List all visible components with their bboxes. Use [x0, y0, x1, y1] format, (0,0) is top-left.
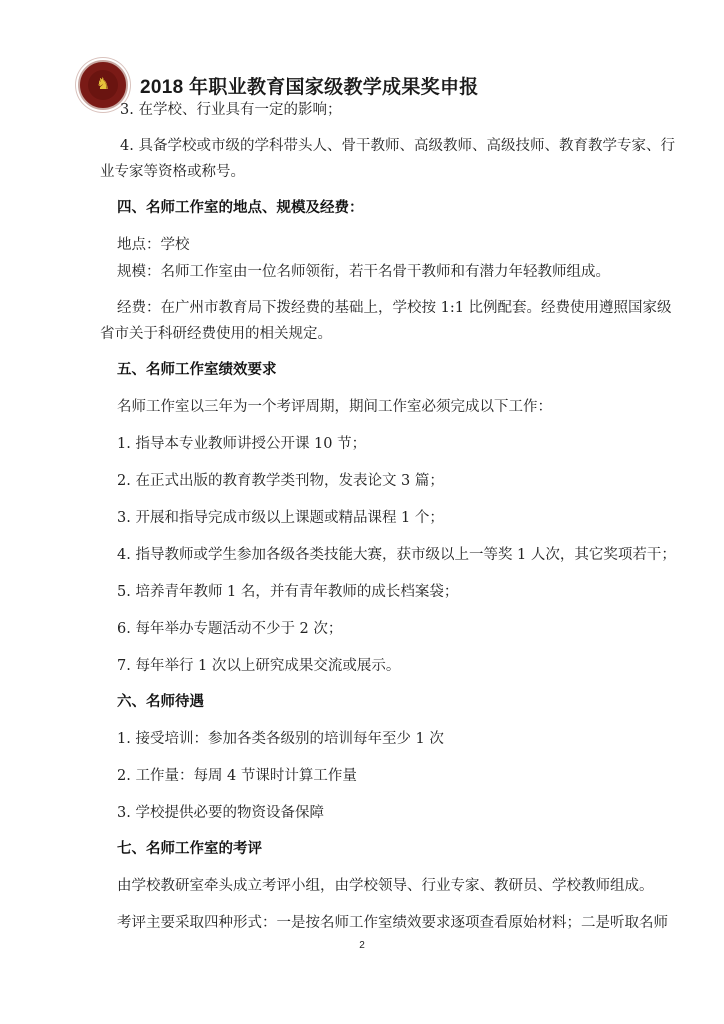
paragraph-line: 3. 在学校、行业具有一定的影响；	[120, 98, 341, 119]
paragraph-line: 4. 指导教师或学生参加各级各类技能大赛，获市级以上一等奖 1 人次，其它奖项若…	[117, 543, 676, 564]
paragraph-line: 5. 培养青年教师 1 名，并有青年教师的成长档案袋；	[117, 580, 458, 601]
paragraph-line: 经费：在广州市教育局下拨经费的基础上，学校按 1:1 比例配套。经费使用遵照国家…	[117, 296, 672, 317]
paragraph-line: 7. 每年举行 1 次以上研究成果交流或展示。	[117, 654, 400, 675]
paragraph-line: 4. 具备学校或市级的学科带头人、骨干教师、高级教师、高级技师、教育教学专家、行	[120, 134, 675, 155]
paragraph-line: 1. 接受培训：参加各类各级别的培训每年至少 1 次	[117, 727, 444, 748]
page-number: 2	[0, 940, 724, 951]
paragraph-line: 由学校教研室牵头成立考评小组，由学校领导、行业专家、教研员、学校教师组成。	[117, 874, 654, 895]
paragraph-line: 3. 学校提供必要的物资设备保障	[117, 801, 324, 822]
paragraph-line: 3. 开展和指导完成市级以上课题或精品课程 1 个；	[117, 506, 444, 527]
paragraph-line: 考评主要采取四种形式：一是按名师工作室绩效要求逐项查看原始材料；二是听取名师	[117, 911, 668, 932]
section-heading: 四、名师工作室的地点、规模及经费：	[117, 196, 364, 217]
paragraph-line: 2. 在正式出版的教育教学类刊物，发表论文 3 篇；	[117, 469, 444, 490]
section-heading: 七、名师工作室的考评	[117, 837, 262, 858]
paragraph-line: 规模：名师工作室由一位名师领衔，若干名骨干教师和有潜力年轻教师组成。	[117, 260, 610, 281]
document-title: 2018 年职业教育国家级教学成果奖申报	[140, 72, 479, 99]
section-heading: 六、名师待遇	[117, 690, 204, 711]
horse-icon: ♞	[88, 70, 118, 100]
paragraph-line: 地点：学校	[117, 233, 190, 254]
paragraph-line: 2. 工作量：每周 4 节课时计算工作量	[117, 764, 357, 785]
paragraph-line: 1. 指导本专业教师讲授公开课 10 节；	[117, 432, 366, 453]
paragraph-line: 名师工作室以三年为一个考评周期，期间工作室必须完成以下工作：	[117, 395, 552, 416]
section-heading: 五、名师工作室绩效要求	[117, 358, 277, 379]
paragraph-line: 业专家等资格或称号。	[100, 160, 245, 181]
paragraph-line: 6. 每年举办专题活动不少于 2 次；	[117, 617, 342, 638]
paragraph-line: 省市关于科研经费使用的相关规定。	[100, 322, 332, 343]
